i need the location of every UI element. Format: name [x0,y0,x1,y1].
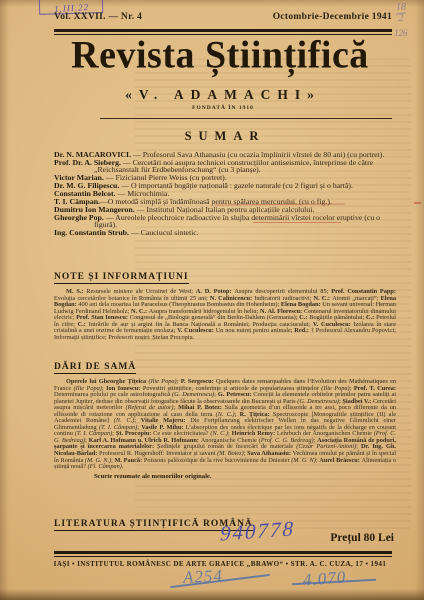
journal-cover: 1.III.22 Vol. XXVII. — Nr. 4 Octombrie-D… [0,0,424,600]
reviews-paragraph: Operele lui Gheorghe Țițeica (Ilie Popa)… [54,379,396,471]
toc-title-text: — Cercetări noi asupra technicei constru… [94,158,373,174]
blue-pencil-annotation: 4.070 [302,568,347,591]
volume-number: Vol. XXVII. — Nr. 4 [54,12,142,22]
subtitle-rule [100,118,392,119]
journal-subtitle: «V. ADAMACHI» [54,87,392,103]
handwritten-inventory-number: 940778 [220,516,296,546]
reviews-section: DĂRI DE SAMĂ Operele lui Gheorghe Țițeic… [54,356,396,480]
issue-date: Octombrie-Decembrie 1941 [273,12,392,22]
reviews-footer: Scurte rezumate ale memoriilor originale… [94,473,396,480]
notes-section: NOTE ȘI INFORMAȚIUNI M. S.: Resursele mi… [54,266,396,341]
masthead-info-row: Vol. XXVII. — Nr. 4 Octombrie-Decembrie … [54,12,392,22]
price-label: Prețul 80 Lei [330,532,394,544]
pencil-denominator: 2 [399,13,404,24]
toc-item: Gheorghe Pop. — Aureolele pleochroice ra… [54,214,396,229]
toc-author: Ing. Constantin Strub. [54,228,129,237]
bottom-double-rule [54,551,392,557]
founded-line: FONDATĂ ÎN 1910 [54,105,392,111]
toc-item: Ing. Constantin Strub. — Cauciucul sinte… [54,229,396,236]
pencil-numerator: 18 [396,2,406,13]
red-underline-mark [253,222,341,223]
notes-heading: NOTE ȘI INFORMAȚIUNI [54,272,189,284]
journal-title: Revista Științifică [40,32,400,78]
red-margin-tick [414,202,421,204]
toc-title-text: — Cauciucul sintetic. [129,228,199,237]
pencil-annotation-fraction: 18 2 [396,4,406,23]
toc-list: Dr. N. MACAROVICI. — Profesorul Sava Ath… [54,151,396,237]
toc-item: Prof. Dr. A. Sieberg. — Cercetări noi as… [54,159,396,174]
notes-paragraph: M. S.: Resursele miniere ale Ucrainei de… [54,289,396,341]
toc-heading: SUMAR [54,129,396,144]
reviews-heading: DĂRI DE SAMĂ [54,362,136,374]
table-of-contents: SUMAR Dr. N. MACAROVICI. — Profesorul Sa… [54,129,396,237]
